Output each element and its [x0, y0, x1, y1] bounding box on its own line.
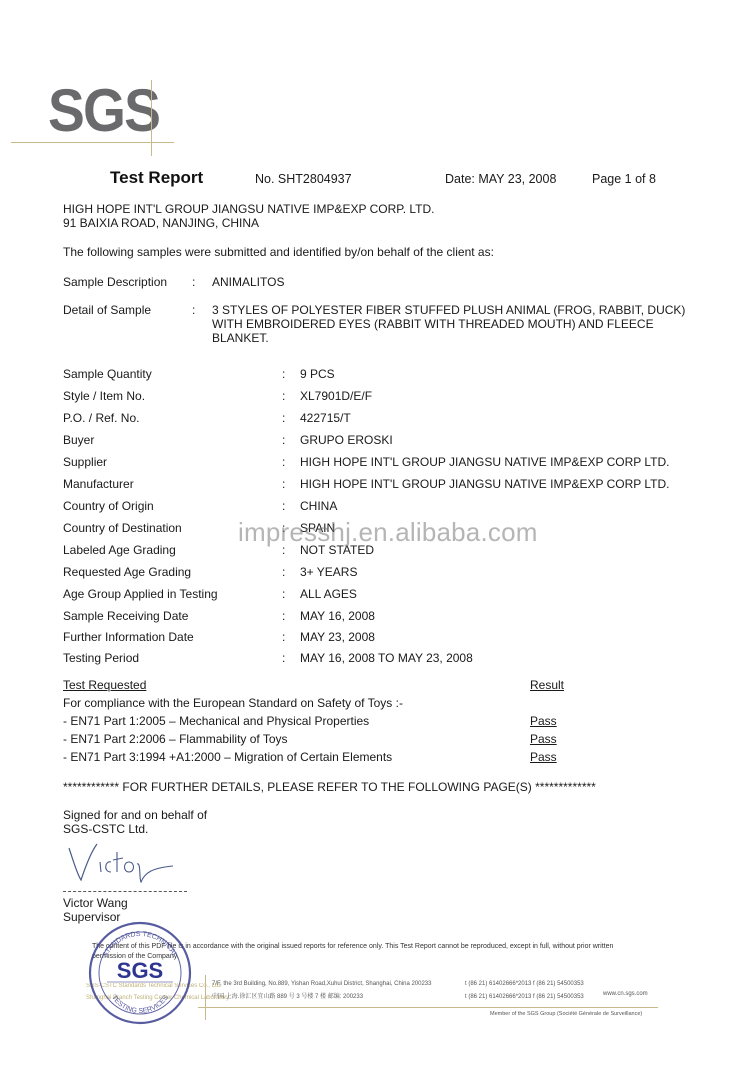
- signed-line-2: SGS-CSTC Ltd.: [63, 822, 207, 836]
- field-value: MAY 23, 2008: [300, 630, 375, 644]
- tests-intro: For compliance with the European Standar…: [63, 696, 403, 710]
- field-colon: :: [282, 499, 285, 513]
- test-item-result: Pass: [530, 732, 557, 746]
- field-colon: :: [282, 565, 285, 579]
- field-label: Sample Quantity: [63, 367, 152, 381]
- handwritten-signature: [63, 838, 183, 888]
- field-colon: :: [282, 455, 285, 469]
- field-colon: :: [282, 651, 285, 665]
- test-item-result: Pass: [530, 750, 557, 764]
- page-number: Page 1 of 8: [592, 172, 656, 186]
- field-label: Labeled Age Grading: [63, 543, 176, 557]
- logo-vertical-rule: [151, 80, 152, 156]
- field-value: ALL AGES: [300, 587, 357, 601]
- field-label: Sample Receiving Date: [63, 609, 188, 623]
- field-value: 422715/T: [300, 411, 351, 425]
- sgs-seal-stamp-icon: STANDARDS TECHNICAL SGS TESTING SERVICES: [85, 918, 195, 1028]
- field-value: MAY 16, 2008 TO MAY 23, 2008: [300, 651, 473, 665]
- address-cn: 中国.上海.徐汇区宜山路 889 号 3 号楼 7 楼 邮编: 200233: [212, 991, 431, 1004]
- field-colon: :: [282, 587, 285, 601]
- field-colon: :: [282, 433, 285, 447]
- report-number: No. SHT2804937: [255, 172, 352, 186]
- footer-address: 7/F, the 3rd Building, No.889, Yishan Ro…: [212, 978, 431, 1004]
- logo-horizontal-rule: [11, 142, 174, 143]
- report-date: Date: MAY 23, 2008: [445, 172, 556, 186]
- field-colon: :: [192, 303, 195, 317]
- client-name: HIGH HOPE INT'L GROUP JIANGSU NATIVE IMP…: [63, 202, 434, 216]
- field-label: P.O. / Ref. No.: [63, 411, 139, 425]
- test-item-result: Pass: [530, 714, 557, 728]
- field-label: Country of Origin: [63, 499, 154, 513]
- svg-text:TESTING SERVICES: TESTING SERVICES: [110, 994, 170, 1015]
- signature-line: [63, 891, 187, 892]
- phone-line-2: t (86 21) 61402666*2013 f (86 21) 545003…: [465, 991, 584, 1004]
- field-value: CHINA: [300, 499, 337, 513]
- further-details-note: ************ FOR FURTHER DETAILS, PLEASE…: [63, 780, 596, 794]
- field-label: Supplier: [63, 455, 107, 469]
- intro-text: The following samples were submitted and…: [63, 245, 494, 259]
- footer-phones: t (86 21) 61402666*2013 f (86 21) 545003…: [465, 978, 584, 1004]
- result-header: Result: [530, 678, 564, 692]
- sgs-logo: SGS: [48, 81, 159, 141]
- field-label: Detail of Sample: [63, 303, 151, 317]
- svg-text:SGS: SGS: [117, 958, 163, 983]
- field-colon: :: [192, 275, 195, 289]
- field-label: Buyer: [63, 433, 94, 447]
- field-value: ANIMALITOS: [212, 275, 692, 289]
- signed-line-1: Signed for and on behalf of: [63, 808, 207, 822]
- test-item-name: - EN71 Part 3:1994 +A1:2000 – Migration …: [63, 750, 392, 764]
- field-label: Further Information Date: [63, 630, 194, 644]
- footer-vertical-rule: [205, 975, 206, 1020]
- field-colon: :: [282, 389, 285, 403]
- field-colon: :: [282, 630, 285, 644]
- field-label: Requested Age Grading: [63, 565, 191, 579]
- field-label: Manufacturer: [63, 477, 134, 491]
- test-item-name: - EN71 Part 1:2005 – Mechanical and Phys…: [63, 714, 369, 728]
- client-block: HIGH HOPE INT'L GROUP JIANGSU NATIVE IMP…: [63, 202, 434, 230]
- watermark: impresshj.en.alibaba.com: [238, 517, 538, 548]
- field-value: HIGH HOPE INT'L GROUP JIANGSU NATIVE IMP…: [300, 477, 669, 491]
- field-value: XL7901D/E/F: [300, 389, 372, 403]
- footer-member-note: Member of the SGS Group (Société Général…: [490, 1011, 642, 1017]
- phone-line-1: t (86 21) 61402666*2013 f (86 21) 545003…: [465, 978, 584, 991]
- signed-on-behalf: Signed for and on behalf of SGS-CSTC Ltd…: [63, 808, 207, 836]
- field-label: Country of Destination: [63, 521, 182, 535]
- signer-name: Victor Wang: [63, 896, 128, 910]
- field-colon: :: [282, 477, 285, 491]
- field-value: GRUPO EROSKI: [300, 433, 393, 447]
- footer-horizontal-rule: [198, 1007, 658, 1008]
- field-label: Age Group Applied in Testing: [63, 587, 218, 601]
- document-title: Test Report: [110, 168, 203, 188]
- field-colon: :: [282, 609, 285, 623]
- field-label: Testing Period: [63, 651, 139, 665]
- test-requested-header: Test Requested: [63, 678, 146, 692]
- field-value: 3 STYLES OF POLYESTER FIBER STUFFED PLUS…: [212, 303, 692, 345]
- field-colon: :: [282, 367, 285, 381]
- client-address: 91 BAIXIA ROAD, NANJING, CHINA: [63, 216, 434, 230]
- address-en: 7/F, the 3rd Building, No.889, Yishan Ro…: [212, 978, 431, 991]
- field-value: 9 PCS: [300, 367, 335, 381]
- footer-website[interactable]: www.cn.sgs.com: [603, 991, 648, 997]
- test-item-name: - EN71 Part 2:2006 – Flammability of Toy…: [63, 732, 288, 746]
- field-value: HIGH HOPE INT'L GROUP JIANGSU NATIVE IMP…: [300, 455, 669, 469]
- field-value: MAY 16, 2008: [300, 609, 375, 623]
- field-value: 3+ YEARS: [300, 565, 357, 579]
- field-label: Style / Item No.: [63, 389, 145, 403]
- field-colon: :: [282, 411, 285, 425]
- svg-text:STANDARDS TECHNICAL: STANDARDS TECHNICAL: [102, 931, 178, 959]
- field-label: Sample Description: [63, 275, 167, 289]
